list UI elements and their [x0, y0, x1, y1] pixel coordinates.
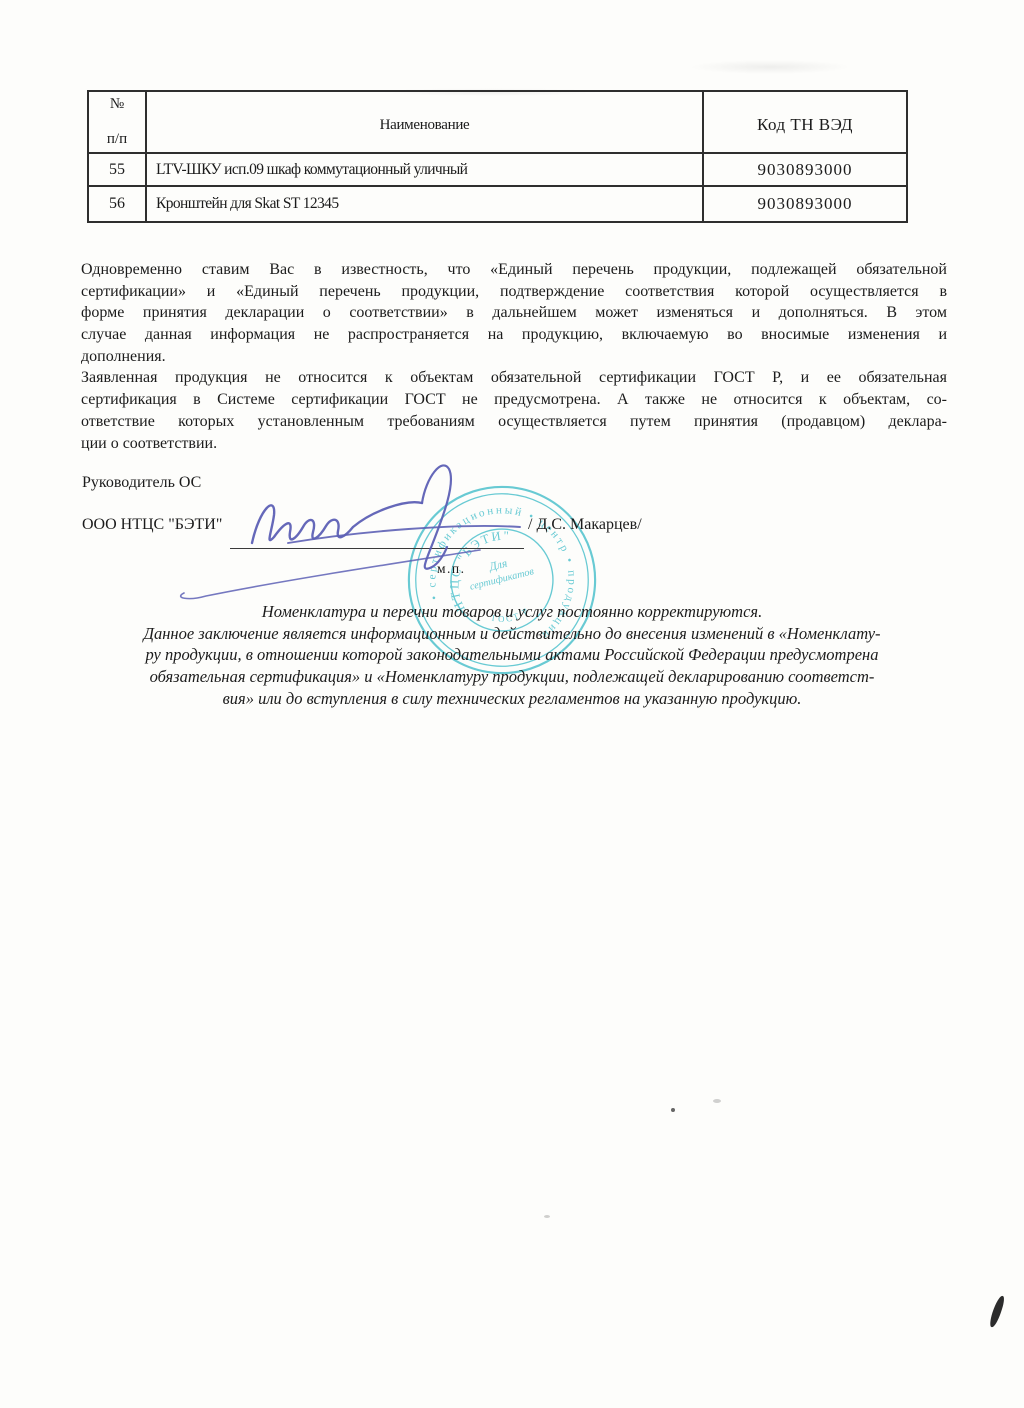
- table-row: 56 Кронштейн для Skat ST 12345 903089300…: [88, 186, 907, 222]
- row-product-name: Кронштейн для Skat ST 12345: [146, 186, 703, 222]
- header-num-abbrev: п/п: [89, 131, 145, 148]
- header-num-symbol: №: [89, 96, 145, 113]
- row-tnved-code: 9030893000: [703, 153, 907, 186]
- paragraph-line: сертификации» и «Единый перечень продукц…: [81, 281, 947, 303]
- footer-line: вия» или до вступления в силу технически…: [77, 688, 947, 710]
- header-code: Код ТН ВЭД: [704, 109, 906, 135]
- scanned-document-page: № п/п Наименование Код ТН ВЭД 55 LTV-ШКУ…: [0, 0, 1024, 1408]
- pen-mark: [988, 1295, 1006, 1329]
- row-product-name: LTV-ШКУ исп.09 шкаф коммутационный уличн…: [146, 153, 703, 186]
- header-name: Наименование: [147, 111, 702, 134]
- table-header-row: № п/п Наименование Код ТН ВЭД: [88, 91, 907, 153]
- paragraph-line: сертификация в Системе сертификации ГОСТ…: [81, 389, 947, 411]
- product-table: № п/п Наименование Код ТН ВЭД 55 LTV-ШКУ…: [87, 90, 908, 223]
- footer-line: ру продукции, в отношении которой законо…: [77, 644, 947, 666]
- row-tnved-code: 9030893000: [703, 186, 907, 222]
- paragraph-line: Заявленная продукция не относится к объе…: [81, 367, 947, 389]
- scan-smudge: [690, 60, 850, 74]
- row-number: 55: [88, 153, 146, 186]
- footer-line: Данное заключение является информационны…: [77, 623, 947, 645]
- scan-speck: [713, 1099, 721, 1103]
- row-number: 56: [88, 186, 146, 222]
- scan-speck: [544, 1215, 550, 1218]
- paragraph-line: ответствие которых установленным требова…: [81, 411, 947, 433]
- scan-speck: [671, 1108, 675, 1112]
- table-row: 55 LTV-ШКУ исп.09 шкаф коммутационный ул…: [88, 153, 907, 186]
- paragraph-line: ции о соответствии.: [81, 433, 947, 455]
- paragraph-line: случае данная информация не распространя…: [81, 324, 947, 346]
- footer-line: обязательная сертификация» и «Номенклату…: [77, 666, 947, 688]
- notice-paragraph: Одновременно ставим Вас в известность, ч…: [81, 259, 947, 454]
- handwritten-signature: [160, 455, 560, 615]
- footer-note: Номенклатура и перечни товаров и услуг п…: [77, 601, 947, 709]
- paragraph-line: дополнения.: [81, 346, 947, 368]
- paragraph-line: форме принятия декларации о соответствии…: [81, 302, 947, 324]
- paragraph-line: Одновременно ставим Вас в известность, ч…: [81, 259, 947, 281]
